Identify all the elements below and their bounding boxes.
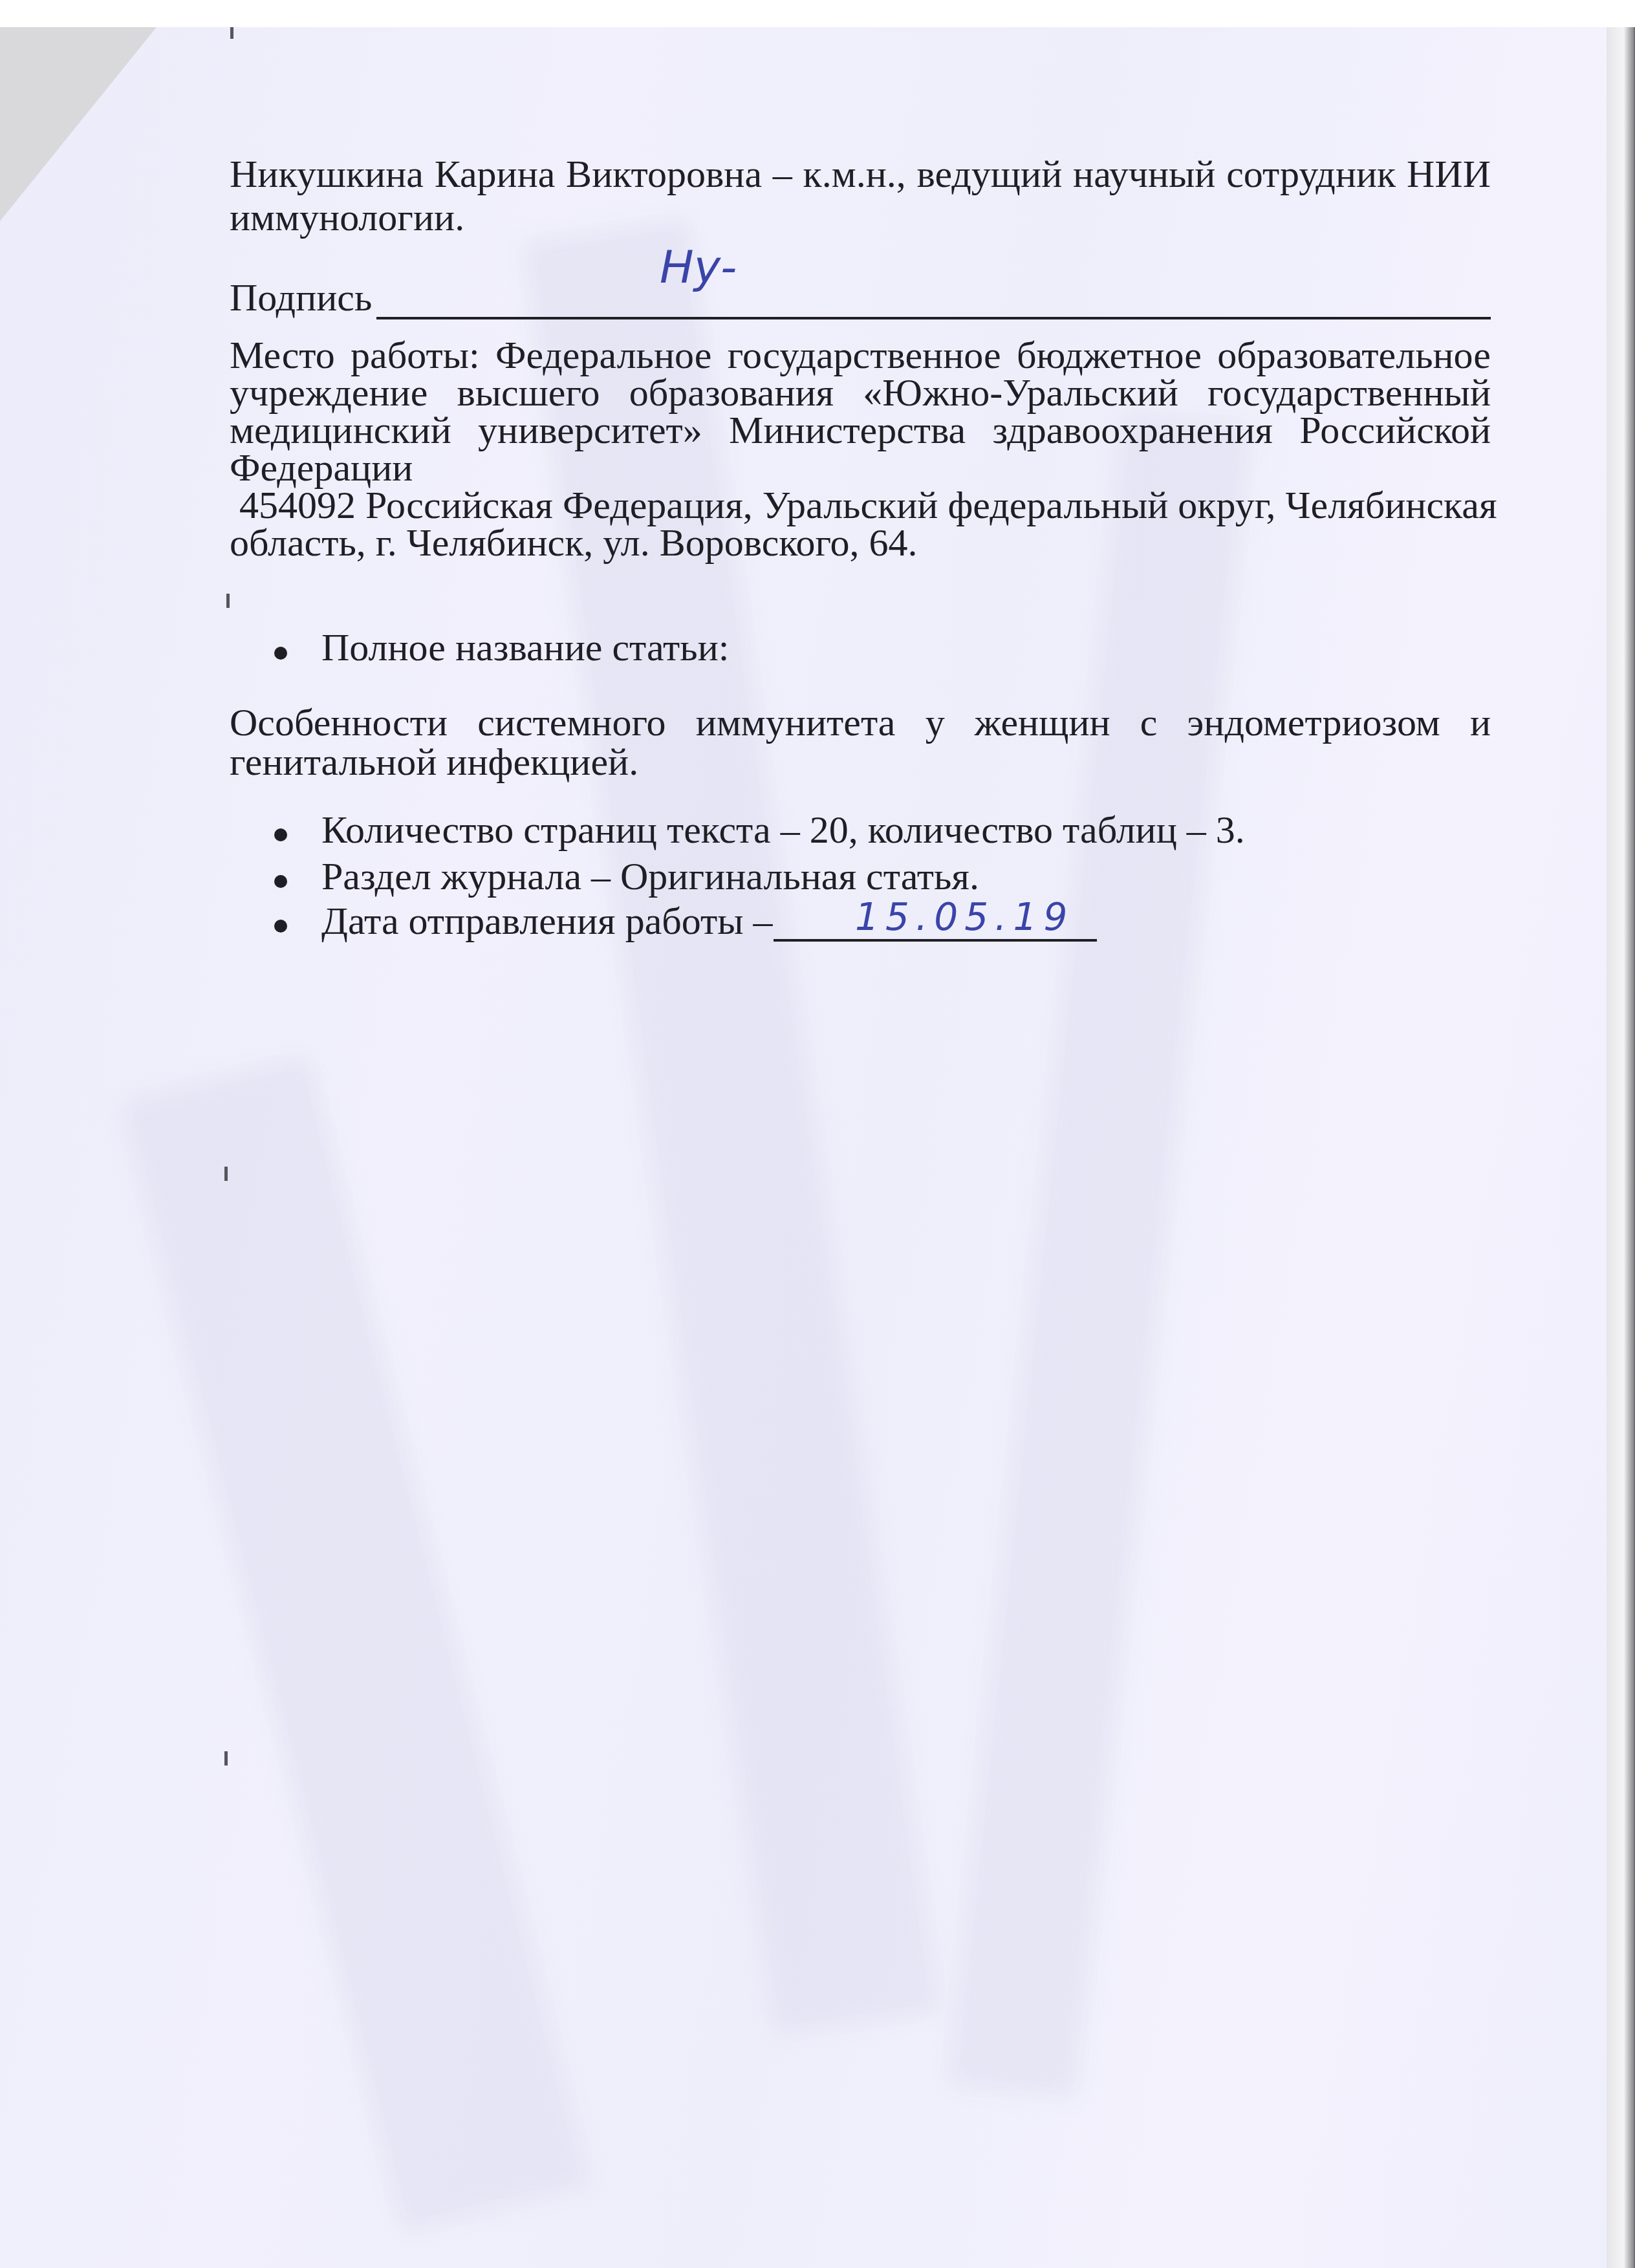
paper-crease: [947, 413, 1252, 2099]
paper-crease: [121, 1055, 591, 2232]
punch-mark: [224, 1167, 228, 1181]
bullet-icon: [274, 647, 287, 660]
journal-section-item: Раздел журнала – Оригинальная статья.: [321, 858, 979, 895]
page-count-item: Количество страниц текста – 20, количест…: [321, 811, 1245, 848]
bullet-icon: [274, 875, 287, 888]
workplace-line: Федерации: [230, 449, 1491, 486]
article-title: Особенности системного иммунитета у женщ…: [230, 703, 1491, 782]
full-title-label: Полное название статьи:: [321, 629, 729, 666]
workplace-line: Место работы: Федеральное государственно…: [230, 336, 1491, 374]
article-title-line: Особенности системного иммунитета у женщ…: [230, 703, 1491, 742]
workplace-line: медицинский университет» Министерства зд…: [230, 411, 1491, 449]
signature-line: [376, 317, 1491, 319]
article-title-line: генитальной инфекцией.: [230, 742, 1491, 782]
address-line: 454092 Российская Федерация, Уральский ф…: [230, 486, 1491, 524]
author-institute: иммунологии.: [230, 196, 464, 239]
punch-mark: [224, 1751, 228, 1766]
bullet-icon: [274, 920, 287, 933]
author-name-position: Никушкина Карина Викторовна – к.м.н., ве…: [230, 153, 1491, 196]
workplace-line: учреждение высшего образования «Южно-Ура…: [230, 374, 1491, 411]
date-underline: [774, 939, 1097, 942]
handwritten-date: 15.05.19: [855, 895, 1074, 939]
punch-mark: [226, 594, 230, 608]
punch-mark: [230, 27, 233, 39]
address-line: область, г. Челябинск, ул. Воровского, 6…: [230, 524, 1491, 561]
handwritten-signature: Ну-: [660, 241, 737, 294]
submission-date-item: Дата отправления работы –: [321, 902, 783, 940]
bullet-icon: [274, 828, 287, 841]
author-line: Никушкина Карина Викторовна – к.м.н., ве…: [230, 153, 1491, 196]
page-right-edge: [1607, 27, 1635, 2268]
workplace-block: Место работы: Федеральное государственно…: [230, 336, 1491, 561]
signature-label: Подпись: [230, 276, 372, 319]
